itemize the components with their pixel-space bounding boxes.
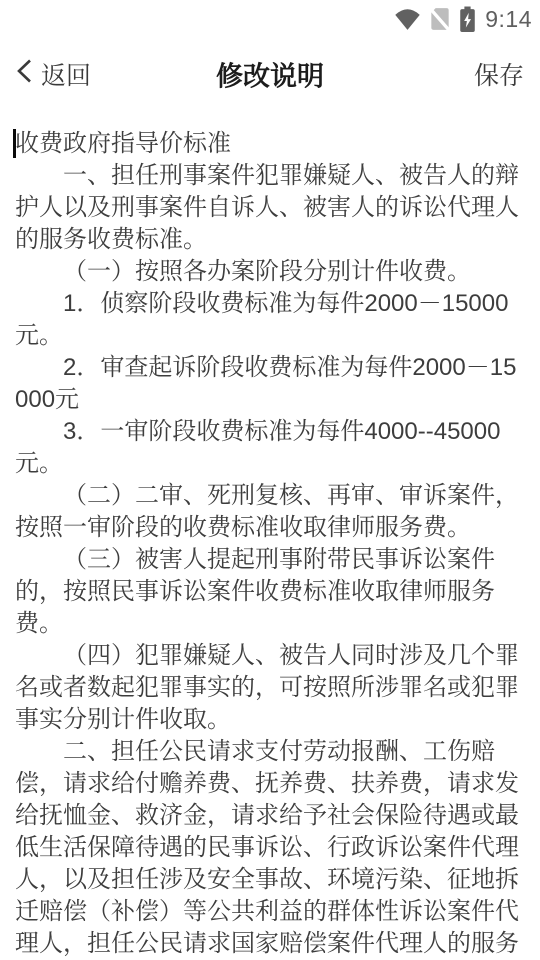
back-button[interactable]: 返回 xyxy=(16,56,91,92)
editor-paragraph: 1．侦察阶段收费标准为每件2000－15000元。 xyxy=(15,288,526,352)
save-button[interactable]: 保存 xyxy=(474,56,524,92)
battery-charging-icon xyxy=(459,6,476,33)
app-screen: 9:14 返回 修改说明 保存 收费政府指导价标准一、担任刑事案件犯罪嫌疑人、被… xyxy=(0,0,540,960)
editor-paragraph: 3．一审阶段收费标准为每件4000--45000元。 xyxy=(15,416,526,480)
page-title: 修改说明 xyxy=(216,55,324,94)
status-time: 9:14 xyxy=(485,6,532,33)
wifi-icon xyxy=(394,7,421,31)
editor-paragraph: （四）犯罪嫌疑人、被告人同时涉及几个罪名或者数起犯罪事实的，可按照所涉罪名或犯罪… xyxy=(15,640,526,736)
description-editor[interactable]: 收费政府指导价标准一、担任刑事案件犯罪嫌疑人、被告人的辩护人以及刑事案件自诉人、… xyxy=(0,112,540,960)
editor-paragraph: 二、担任公民请求支付劳动报酬、工伤赔偿，请求给付赡养费、抚养费、扶养费，请求发给… xyxy=(15,736,526,960)
no-sim-icon xyxy=(428,6,452,32)
back-button-label: 返回 xyxy=(41,56,91,92)
text-caret xyxy=(13,129,16,158)
editor-paragraph: （一）按照各办案阶段分别计件收费。 xyxy=(15,256,526,288)
nav-bar: 返回 修改说明 保存 xyxy=(0,36,540,112)
editor-content: 收费政府指导价标准一、担任刑事案件犯罪嫌疑人、被告人的辩护人以及刑事案件自诉人、… xyxy=(15,128,526,960)
editor-paragraph: （三）被害人提起刑事附带民事诉讼案件的，按照民事诉讼案件收费标准收取律师服务费。 xyxy=(15,544,526,640)
status-bar: 9:14 xyxy=(0,0,540,36)
editor-paragraph: 2．审查起诉阶段收费标准为每件2000－15000元 xyxy=(15,352,526,416)
editor-paragraph: 一、担任刑事案件犯罪嫌疑人、被告人的辩护人以及刑事案件自诉人、被害人的诉讼代理人… xyxy=(15,160,526,256)
editor-paragraph: （二）二审、死刑复核、再审、审诉案件，按照一审阶段的收费标准收取律师服务费。 xyxy=(15,480,526,544)
chevron-left-icon xyxy=(16,58,32,91)
editor-paragraph: 收费政府指导价标准 xyxy=(15,128,526,160)
